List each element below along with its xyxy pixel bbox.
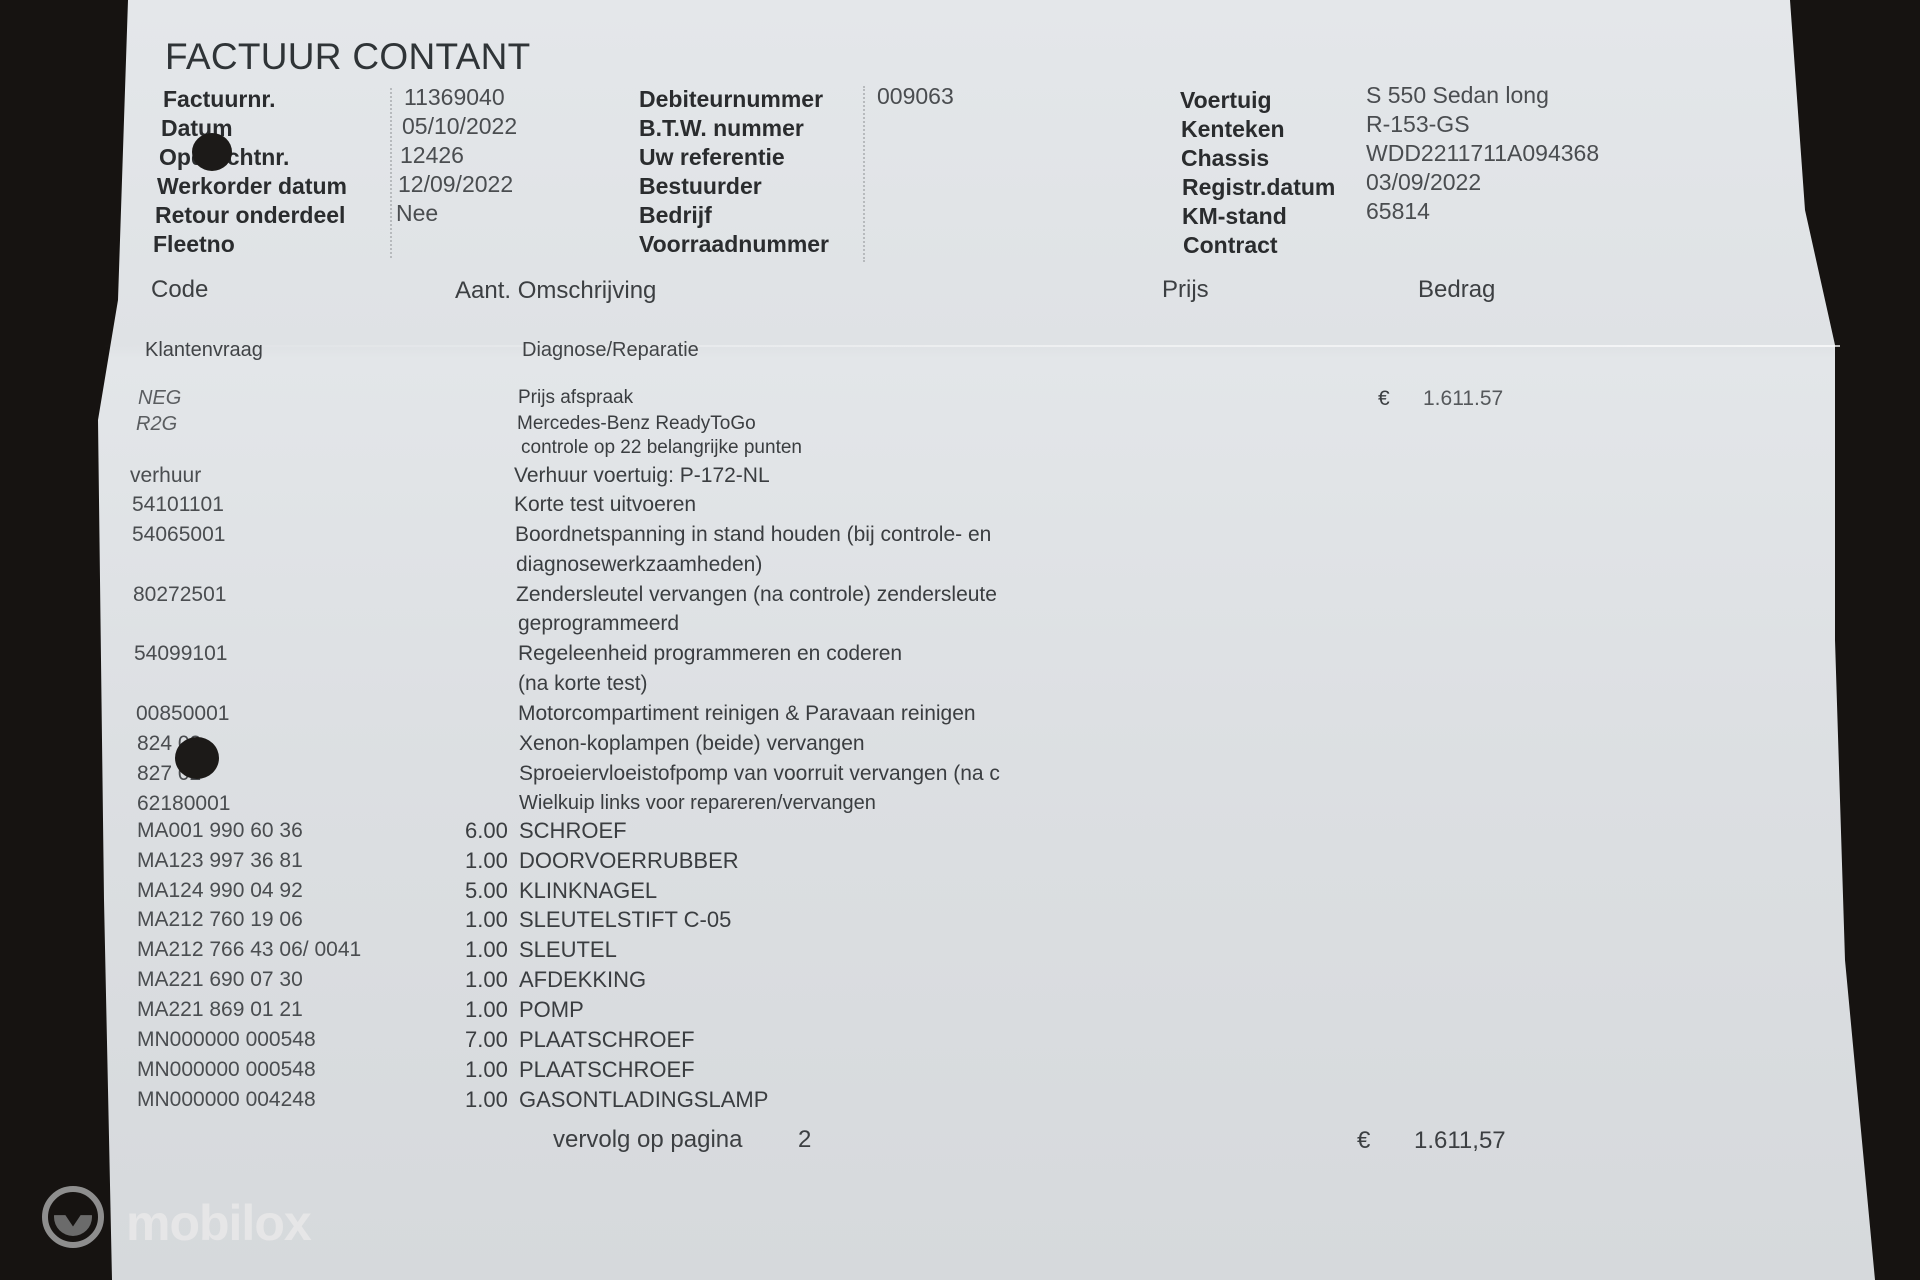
- header-field-label: B.T.W. nummer: [639, 117, 804, 140]
- header-field-value: 03/09/2022: [1366, 171, 1481, 194]
- continued-page-number: 2: [798, 1128, 811, 1152]
- part-description: POMP: [519, 999, 584, 1021]
- line-amount: 1.611.57: [1423, 388, 1503, 409]
- total-currency: €: [1357, 1129, 1370, 1153]
- part-quantity: 1.00: [465, 850, 508, 872]
- line-description: Boordnetspanning in stand houden (bij co…: [515, 524, 991, 545]
- mobilox-logo-icon: [42, 1186, 104, 1248]
- header-field-label: Voertuig: [1180, 89, 1272, 112]
- line-code: 62180001: [137, 793, 230, 814]
- line-description: geprogrammeerd: [518, 613, 679, 634]
- header-field-label: Chassis: [1181, 147, 1269, 170]
- part-description: SCHROEF: [519, 820, 627, 842]
- part-quantity: 1.00: [465, 1089, 508, 1111]
- header-field-label: Bedrijf: [639, 204, 712, 227]
- part-number: MA001 990 60 36: [137, 820, 303, 841]
- part-description: SLEUTELSTIFT C-05: [519, 909, 731, 931]
- part-quantity: 1.00: [465, 939, 508, 961]
- watermark-text: mobilox: [126, 1194, 311, 1252]
- header-field-label: Uw referentie: [639, 146, 785, 169]
- line-description: Wielkuip links voor repareren/vervangen: [519, 793, 876, 813]
- header-field-value: 009063: [877, 85, 954, 108]
- line-description: Mercedes-Benz ReadyToGo: [517, 414, 756, 433]
- part-number: MA123 997 36 81: [137, 850, 303, 871]
- continued-label: vervolg op pagina: [553, 1128, 742, 1152]
- line-code: 00850001: [136, 703, 229, 724]
- line-code: verhuur: [130, 465, 201, 486]
- column-header-amount: Bedrag: [1418, 278, 1495, 302]
- part-description: GASONTLADINGSLAMP: [519, 1089, 768, 1111]
- part-quantity: 7.00: [465, 1029, 508, 1051]
- part-description: PLAATSCHROEF: [519, 1059, 695, 1081]
- header-field-label: Retour onderdeel: [155, 204, 345, 227]
- column-header-qty-description: Aant. Omschrijving: [455, 279, 656, 303]
- part-number: MA124 990 04 92: [137, 880, 303, 901]
- document-title: FACTUUR CONTANT: [165, 38, 531, 75]
- part-description: KLINKNAGEL: [519, 880, 657, 902]
- line-description: Zendersleutel vervangen (na controle) ze…: [516, 584, 997, 605]
- header-field-label: Werkorder datum: [157, 175, 347, 198]
- line-code: 54065001: [132, 524, 225, 545]
- line-code: R2G: [136, 414, 177, 434]
- line-description: diagnosewerkzaamheden): [516, 554, 762, 575]
- column-header-code: Code: [151, 278, 208, 302]
- line-description: Korte test uitvoeren: [514, 494, 696, 515]
- part-number: MA221 690 07 30: [137, 969, 303, 990]
- header-field-value: Nee: [396, 202, 438, 225]
- header-field-value: 11369040: [404, 86, 505, 109]
- part-description: DOORVOERRUBBER: [519, 850, 739, 872]
- part-number: MA212 760 19 06: [137, 909, 303, 930]
- part-description: SLEUTEL: [519, 939, 617, 961]
- line-code: 54099101: [134, 643, 227, 664]
- line-description: Xenon-koplampen (beide) vervangen: [519, 733, 865, 754]
- paper-fold-line: [100, 345, 1840, 347]
- part-quantity: 1.00: [465, 1059, 508, 1081]
- part-quantity: 1.00: [465, 969, 508, 991]
- header-field-value: WDD2211711A094368: [1366, 142, 1599, 165]
- line-code: NEG: [138, 388, 181, 408]
- line-description: Regeleenheid programmeren en coderen: [518, 643, 902, 664]
- header-field-label: Factuurnr.: [163, 88, 275, 111]
- header-field-label: KM-stand: [1182, 205, 1287, 228]
- header-field-label: Contract: [1183, 234, 1278, 257]
- part-description: AFDEKKING: [519, 969, 646, 991]
- part-quantity: 1.00: [465, 909, 508, 931]
- line-code: 54101101: [132, 494, 224, 515]
- line-amount-currency: €: [1378, 388, 1390, 409]
- total-amount: 1.611,57: [1414, 1129, 1506, 1153]
- part-description: PLAATSCHROEF: [519, 1029, 695, 1051]
- line-description: Motorcompartiment reinigen & Paravaan re…: [518, 703, 976, 724]
- section-label-diagnosis-repair: Diagnose/Reparatie: [522, 340, 699, 360]
- header-field-value: 12/09/2022: [398, 173, 513, 196]
- header-field-value: R-153-GS: [1366, 113, 1470, 136]
- header-field-label: Voorraadnummer: [639, 233, 829, 256]
- column-header-price: Prijs: [1162, 278, 1209, 302]
- part-number: MN000000 000548: [137, 1059, 316, 1080]
- punch-hole: [175, 737, 219, 779]
- section-label-customer-request: Klantenvraag: [145, 340, 263, 360]
- line-description: Sproeiervloeistofpomp van voorruit verva…: [519, 763, 1000, 784]
- header-field-label: Bestuurder: [639, 175, 762, 198]
- part-quantity: 6.00: [465, 820, 508, 842]
- header-field-label: Debiteurnummer: [639, 88, 823, 111]
- header-field-value: S 550 Sedan long: [1366, 84, 1549, 107]
- header-field-value: 05/10/2022: [402, 115, 517, 138]
- part-number: MN000000 000548: [137, 1029, 316, 1050]
- line-description: Prijs afspraak: [518, 388, 633, 407]
- line-description: controle op 22 belangrijke punten: [521, 438, 802, 457]
- line-description: Verhuur voertuig: P-172-NL: [514, 465, 770, 486]
- part-number: MN000000 004248: [137, 1089, 316, 1110]
- header-separator-left: [390, 88, 392, 258]
- part-quantity: 1.00: [465, 999, 508, 1021]
- line-code: 80272501: [133, 584, 226, 605]
- part-quantity: 5.00: [465, 880, 508, 902]
- header-field-value: 65814: [1366, 200, 1430, 223]
- header-field-label: Registr.datum: [1182, 176, 1335, 199]
- part-number: MA212 766 43 06/ 0041: [137, 939, 361, 960]
- header-separator-middle: [863, 86, 865, 262]
- punch-hole: [192, 133, 232, 171]
- line-description: (na korte test): [518, 673, 648, 694]
- header-field-label: Kenteken: [1181, 118, 1285, 141]
- header-field-label: Fleetno: [153, 233, 235, 256]
- part-number: MA221 869 01 21: [137, 999, 303, 1020]
- header-field-value: 12426: [400, 144, 464, 167]
